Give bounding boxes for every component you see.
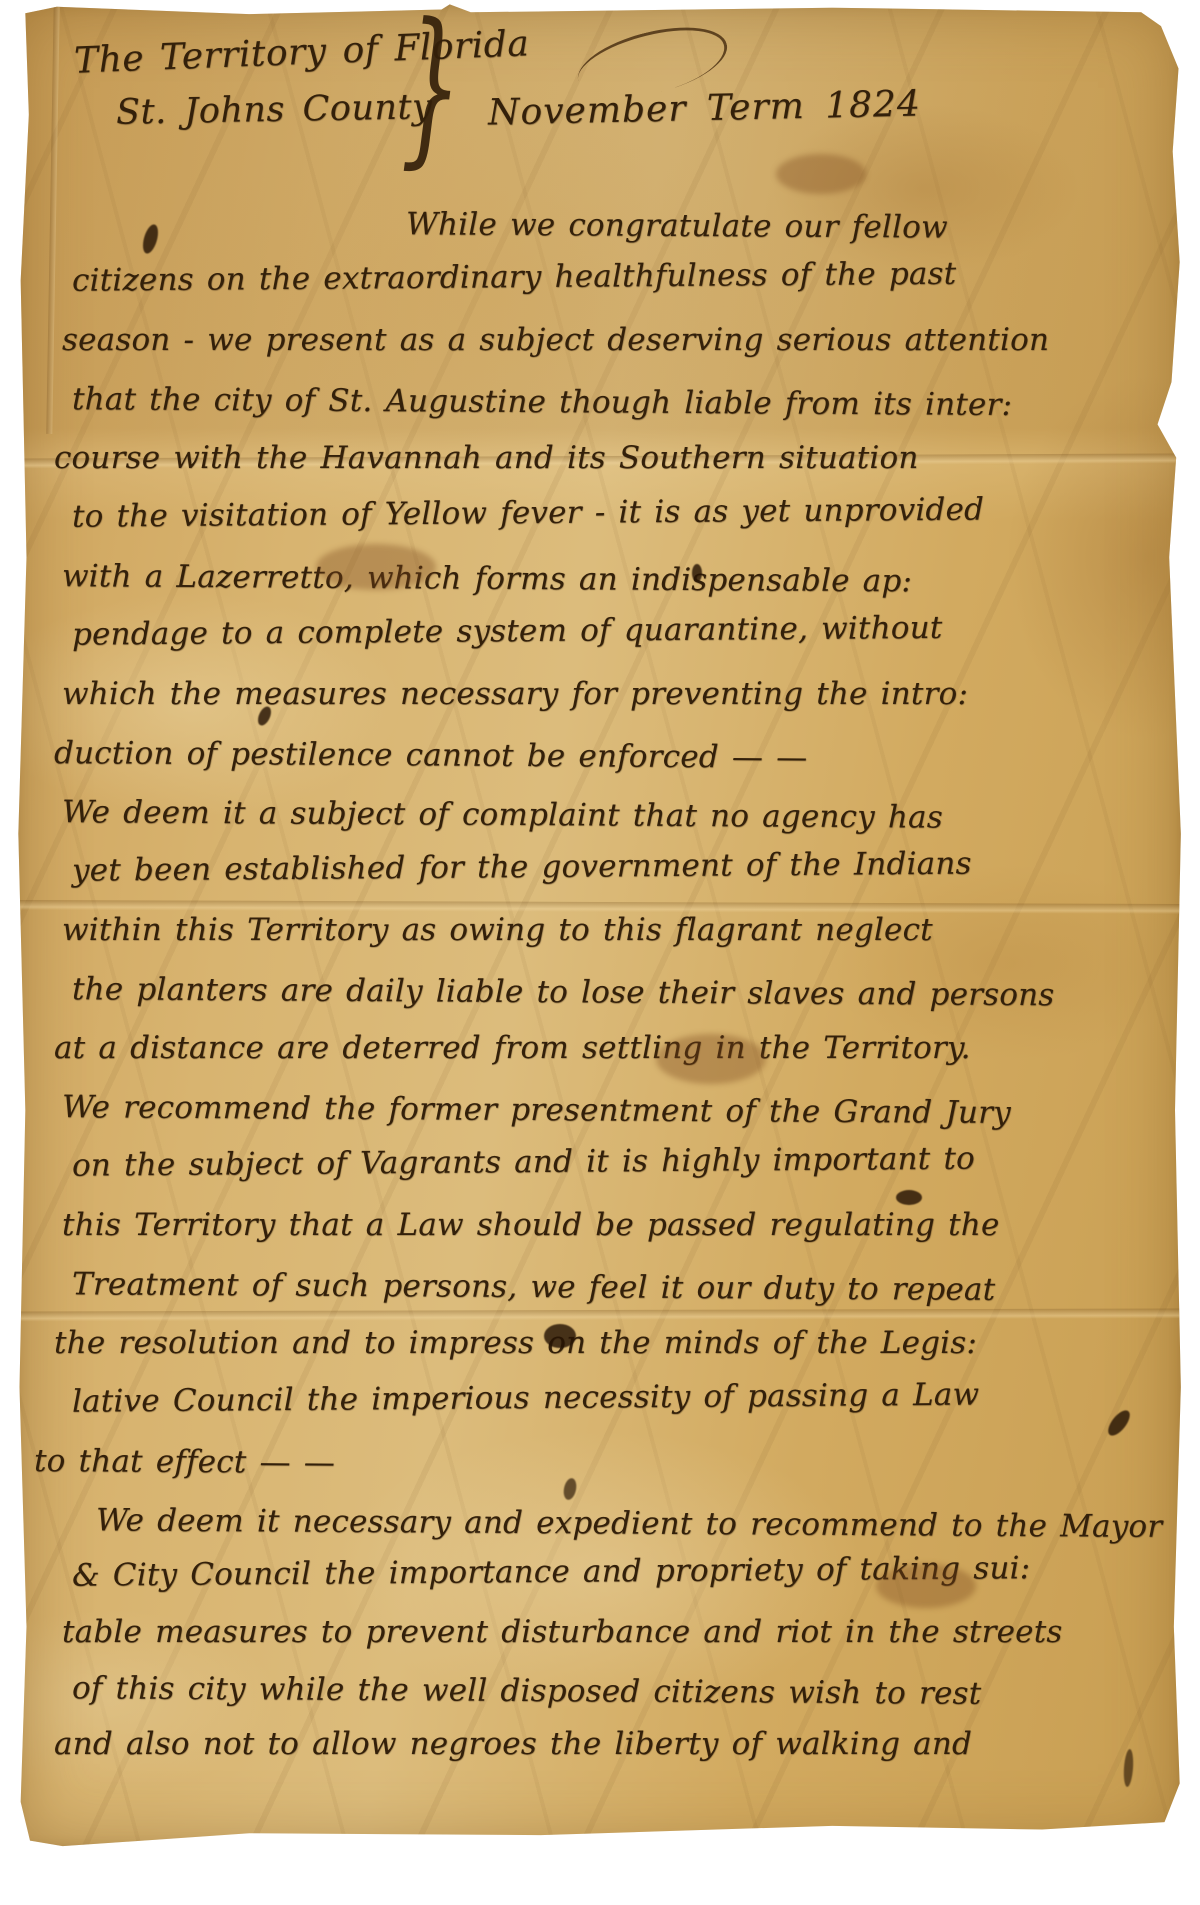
page-number-annotation: 28/224 — [1014, 1824, 1117, 1868]
manuscript-line: at a distance are deterred from settling… — [34, 1020, 1174, 1079]
manuscript-line: season - we present as a subject deservi… — [34, 312, 1174, 371]
manuscript-line: of this city while the well disposed cit… — [34, 1660, 1174, 1723]
manuscript-line: this Territory that a Law should be pass… — [34, 1197, 1174, 1256]
document-header: The Territory of Florida St. Johns Count… — [16, 4, 1182, 174]
presentment-paragraph: We deem it a subject of complaint that n… — [34, 784, 1174, 1079]
manuscript-line: pendage to a complete system of quaranti… — [34, 598, 1174, 666]
presentment-paragraph: We deem it necessary and expedient to re… — [34, 1492, 1174, 1772]
manuscript-line: table measures to prevent disturbance an… — [34, 1604, 1174, 1660]
manuscript-line: course with the Havannah and its Souther… — [34, 430, 1174, 489]
manuscript-line: lative Council the imperious necessity o… — [34, 1365, 1174, 1433]
manuscript-line: duction of pestilence cannot be enforced… — [34, 725, 1174, 791]
presentment-paragraph: We recommend the former presentment of t… — [34, 1079, 1174, 1492]
manuscript-line: citizens on the extraordinary healthfuln… — [34, 244, 1174, 312]
manuscript-line: that the city of St. Augustine though li… — [34, 371, 1174, 437]
header-brace-glyph: } — [400, 0, 463, 188]
term-date: November Term 1824 — [488, 83, 922, 133]
manuscript-line: which the measures necessary for prevent… — [34, 666, 1174, 725]
manuscript-line: the planters are daily liable to lose th… — [34, 961, 1174, 1027]
manuscript-line: within this Territory as owing to this f… — [34, 902, 1174, 961]
manuscript-line: on the subject of Vagrants and it is hig… — [34, 1129, 1174, 1197]
manuscript-line: Treatment of such persons, we feel it ou… — [34, 1256, 1174, 1322]
county-title: St. Johns County — [116, 87, 433, 133]
manuscript-line: and also not to allow negroes the libert… — [34, 1716, 1174, 1772]
manuscript-line: yet been established for the government … — [34, 834, 1174, 902]
presentment-paragraph: While we congratulate our fellowcitizens… — [34, 194, 1174, 784]
manuscript-page: The Territory of Florida St. Johns Count… — [16, 4, 1182, 1848]
manuscript-line: to the visitation of Yellow fever - it i… — [34, 480, 1174, 548]
manuscript-body: While we congratulate our fellowcitizens… — [34, 194, 1174, 1772]
manuscript-line: to that effect — — — [34, 1433, 1174, 1499]
manuscript-line: & City Council the importance and propri… — [34, 1539, 1174, 1604]
scan-background: The Territory of Florida St. Johns Count… — [0, 0, 1200, 1905]
manuscript-line: the resolution and to impress on the min… — [34, 1315, 1174, 1374]
